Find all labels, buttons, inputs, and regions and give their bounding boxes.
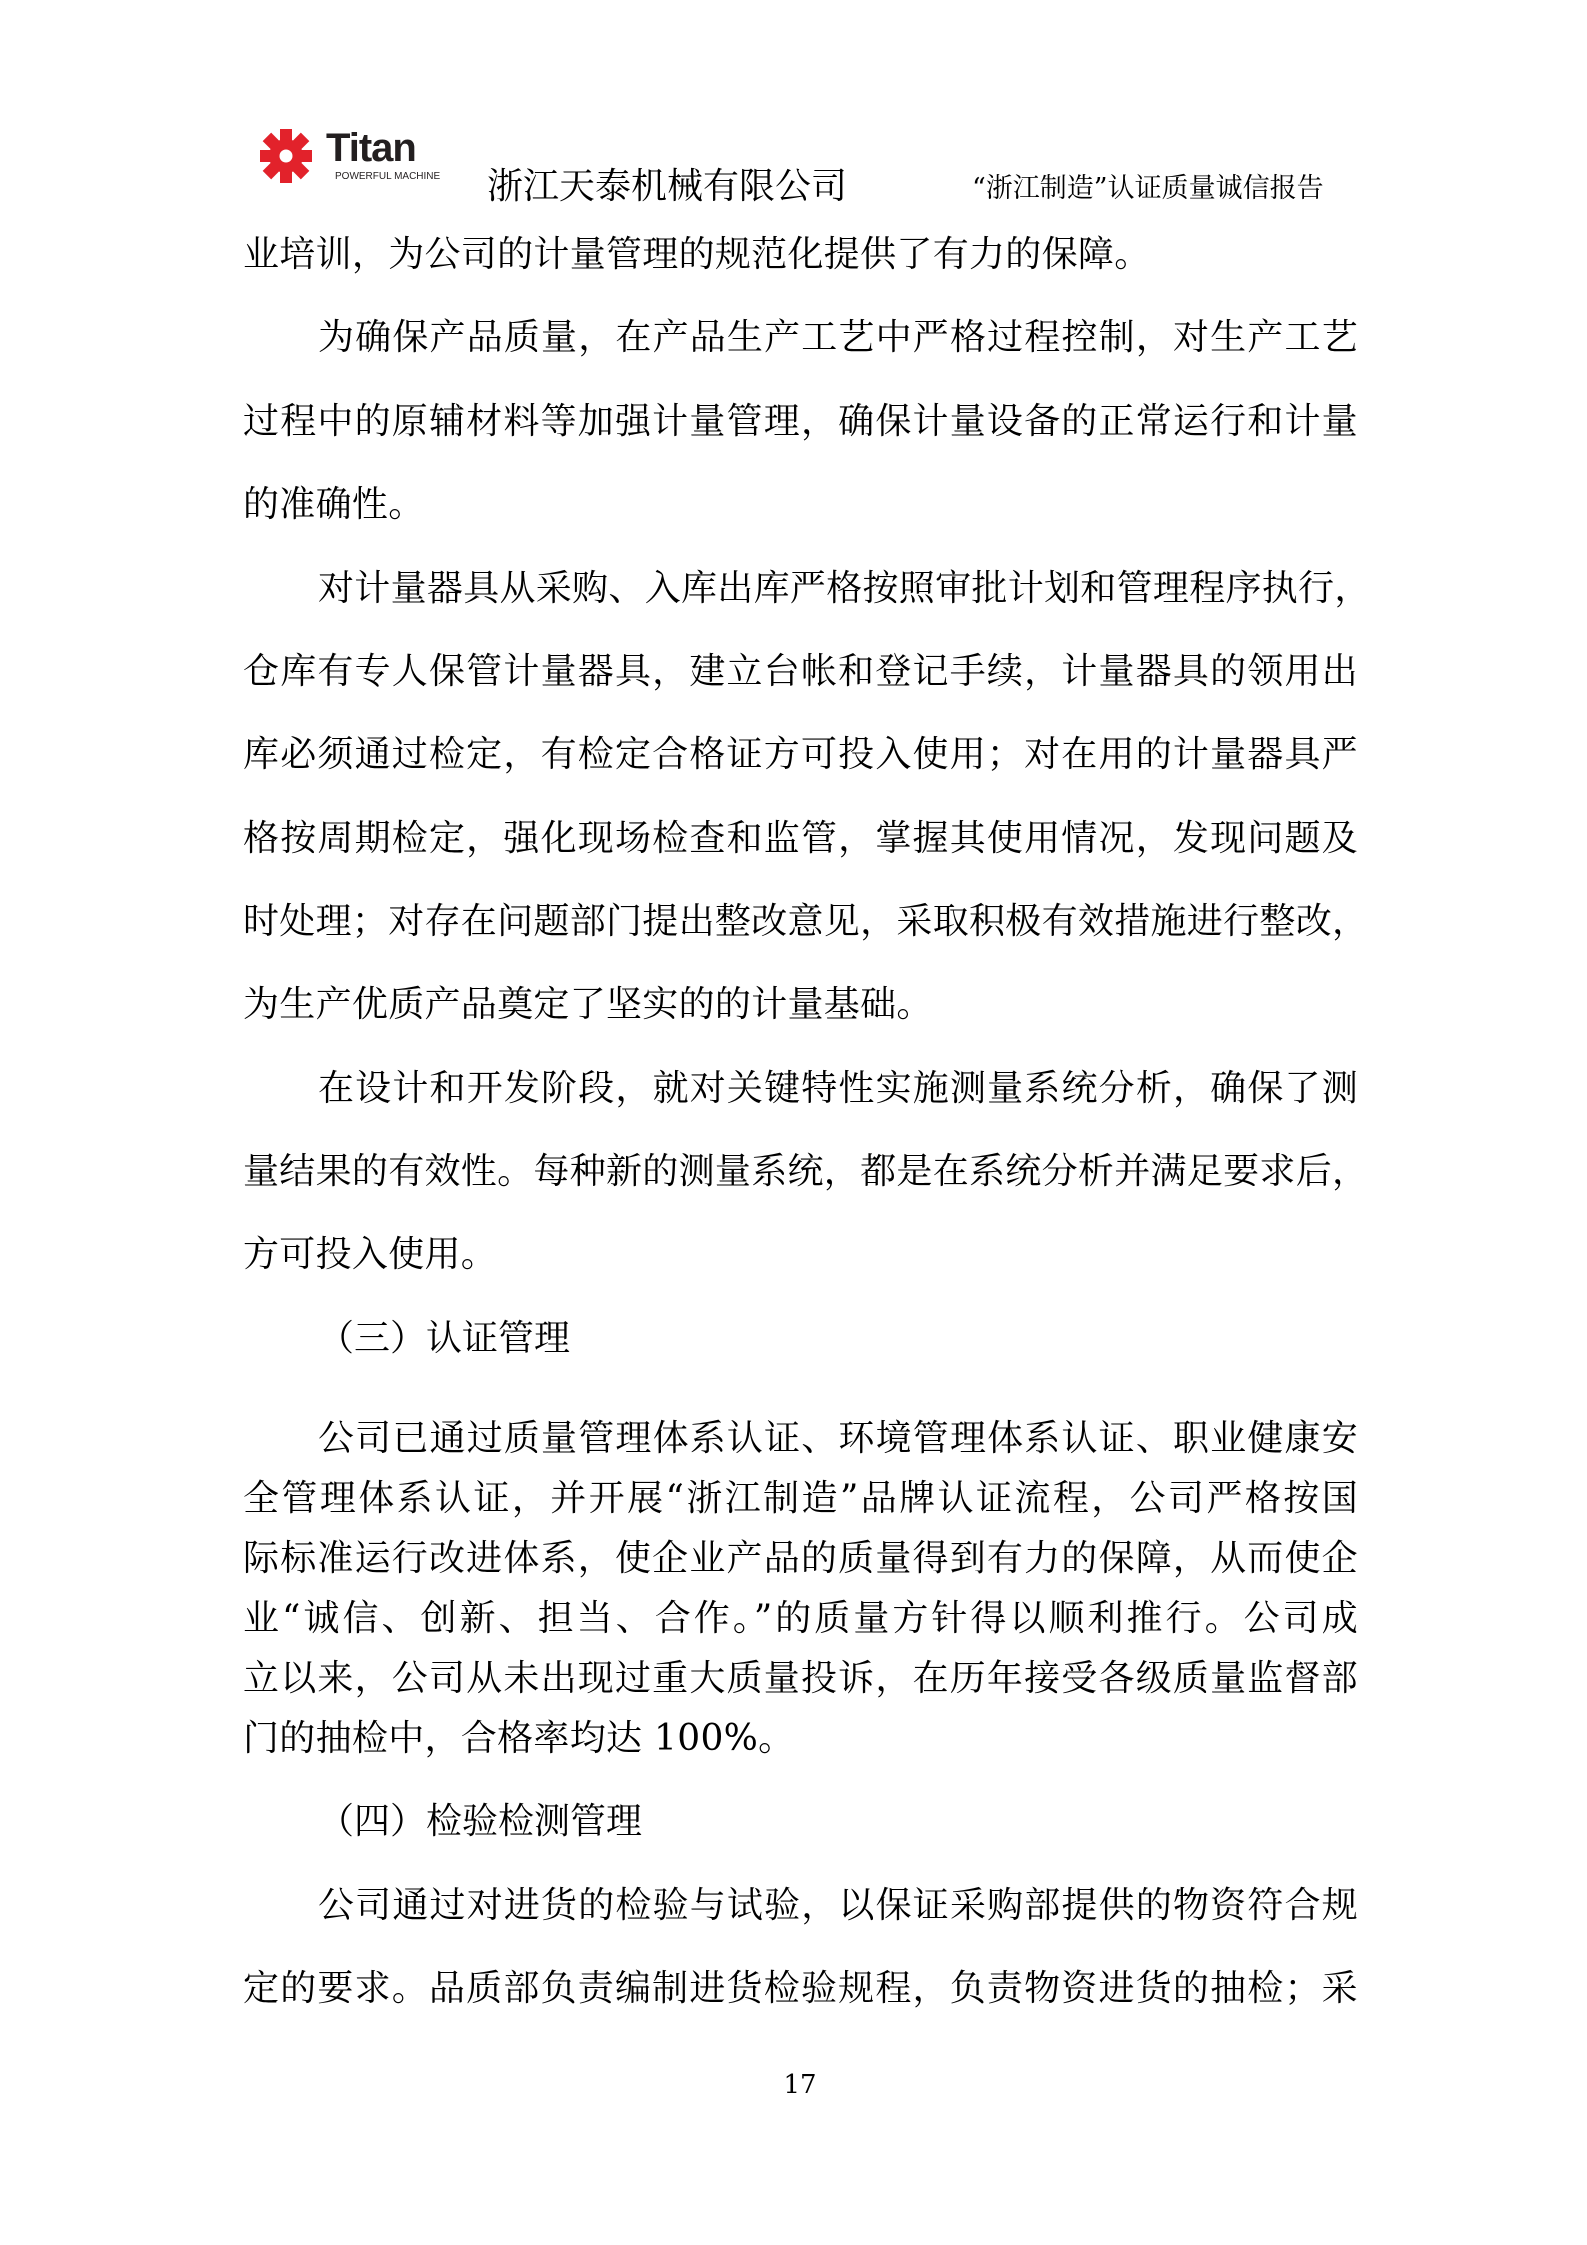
section-heading-inspection: （四）检验检测管理 bbox=[318, 1800, 642, 1844]
body-line: 门的抽检中，合格率均达 100%。 bbox=[243, 1717, 1358, 1761]
body-line: 际标准运行改进体系，使企业产品的质量得到有力的保障，从而使企 bbox=[243, 1537, 1358, 1581]
company-name: 浙江天泰机械有限公司 bbox=[487, 165, 847, 209]
body-line: 业培训，为公司的计量管理的规范化提供了有力的保障。 bbox=[243, 233, 1358, 277]
body-line: 立以来，公司从未出现过重大质量投诉，在历年接受各级质量监督部 bbox=[243, 1657, 1358, 1701]
logo-tagline: POWERFUL MACHINE bbox=[335, 171, 440, 182]
body-line: 业“诚信、创新、担当、合作。”的质量方针得以顺利推行。公司成 bbox=[243, 1597, 1358, 1641]
body-line: 的准确性。 bbox=[243, 483, 1358, 527]
body-line: 过程中的原辅材料等加强计量管理，确保计量设备的正常运行和计量 bbox=[243, 400, 1358, 444]
page-number: 17 bbox=[0, 2070, 1587, 2100]
body-line: 公司已通过质量管理体系认证、环境管理体系认证、职业健康安 bbox=[243, 1417, 1358, 1461]
body-line: 方可投入使用。 bbox=[243, 1233, 1358, 1277]
body-line: 为确保产品质量，在产品生产工艺中严格过程控制，对生产工艺 bbox=[243, 316, 1358, 360]
body-line: 公司通过对进货的检验与试验，以保证采购部提供的物资符合规 bbox=[243, 1884, 1358, 1928]
report-title: “浙江制造”认证质量诚信报告 bbox=[972, 172, 1324, 206]
body-line: 对计量器具从采购、入库出库严格按照审批计划和管理程序执行， bbox=[243, 567, 1358, 611]
body-line: 库必须通过检定，有检定合格证方可投入使用；对在用的计量器具严 bbox=[243, 733, 1358, 777]
body-line: 为生产优质产品奠定了坚实的的计量基础。 bbox=[243, 983, 1358, 1027]
body-line: 定的要求。品质部负责编制进货检验规程，负责物资进货的抽检；采 bbox=[243, 1967, 1358, 2011]
body-line: 时处理；对存在问题部门提出整改意见，采取积极有效措施进行整改， bbox=[243, 900, 1358, 944]
section-heading-certification: （三）认证管理 bbox=[318, 1317, 570, 1361]
body-line: 仓库有专人保管计量器具，建立台帐和登记手续，计量器具的领用出 bbox=[243, 650, 1358, 694]
body-line: 格按周期检定，强化现场检查和监管，掌握其使用情况，发现问题及 bbox=[243, 817, 1358, 861]
body-line: 在设计和开发阶段，就对关键特性实施测量系统分析，确保了测 bbox=[243, 1067, 1358, 1111]
logo-wordmark: Titan bbox=[326, 128, 416, 168]
body-line: 量结果的有效性。每种新的测量系统，都是在系统分析并满足要求后， bbox=[243, 1150, 1358, 1194]
gear-icon bbox=[260, 128, 312, 184]
body-line: 全管理体系认证，并开展“浙江制造”品牌认证流程，公司严格按国 bbox=[243, 1477, 1358, 1521]
titan-logo: Titan POWERFUL MACHINE bbox=[260, 128, 440, 188]
